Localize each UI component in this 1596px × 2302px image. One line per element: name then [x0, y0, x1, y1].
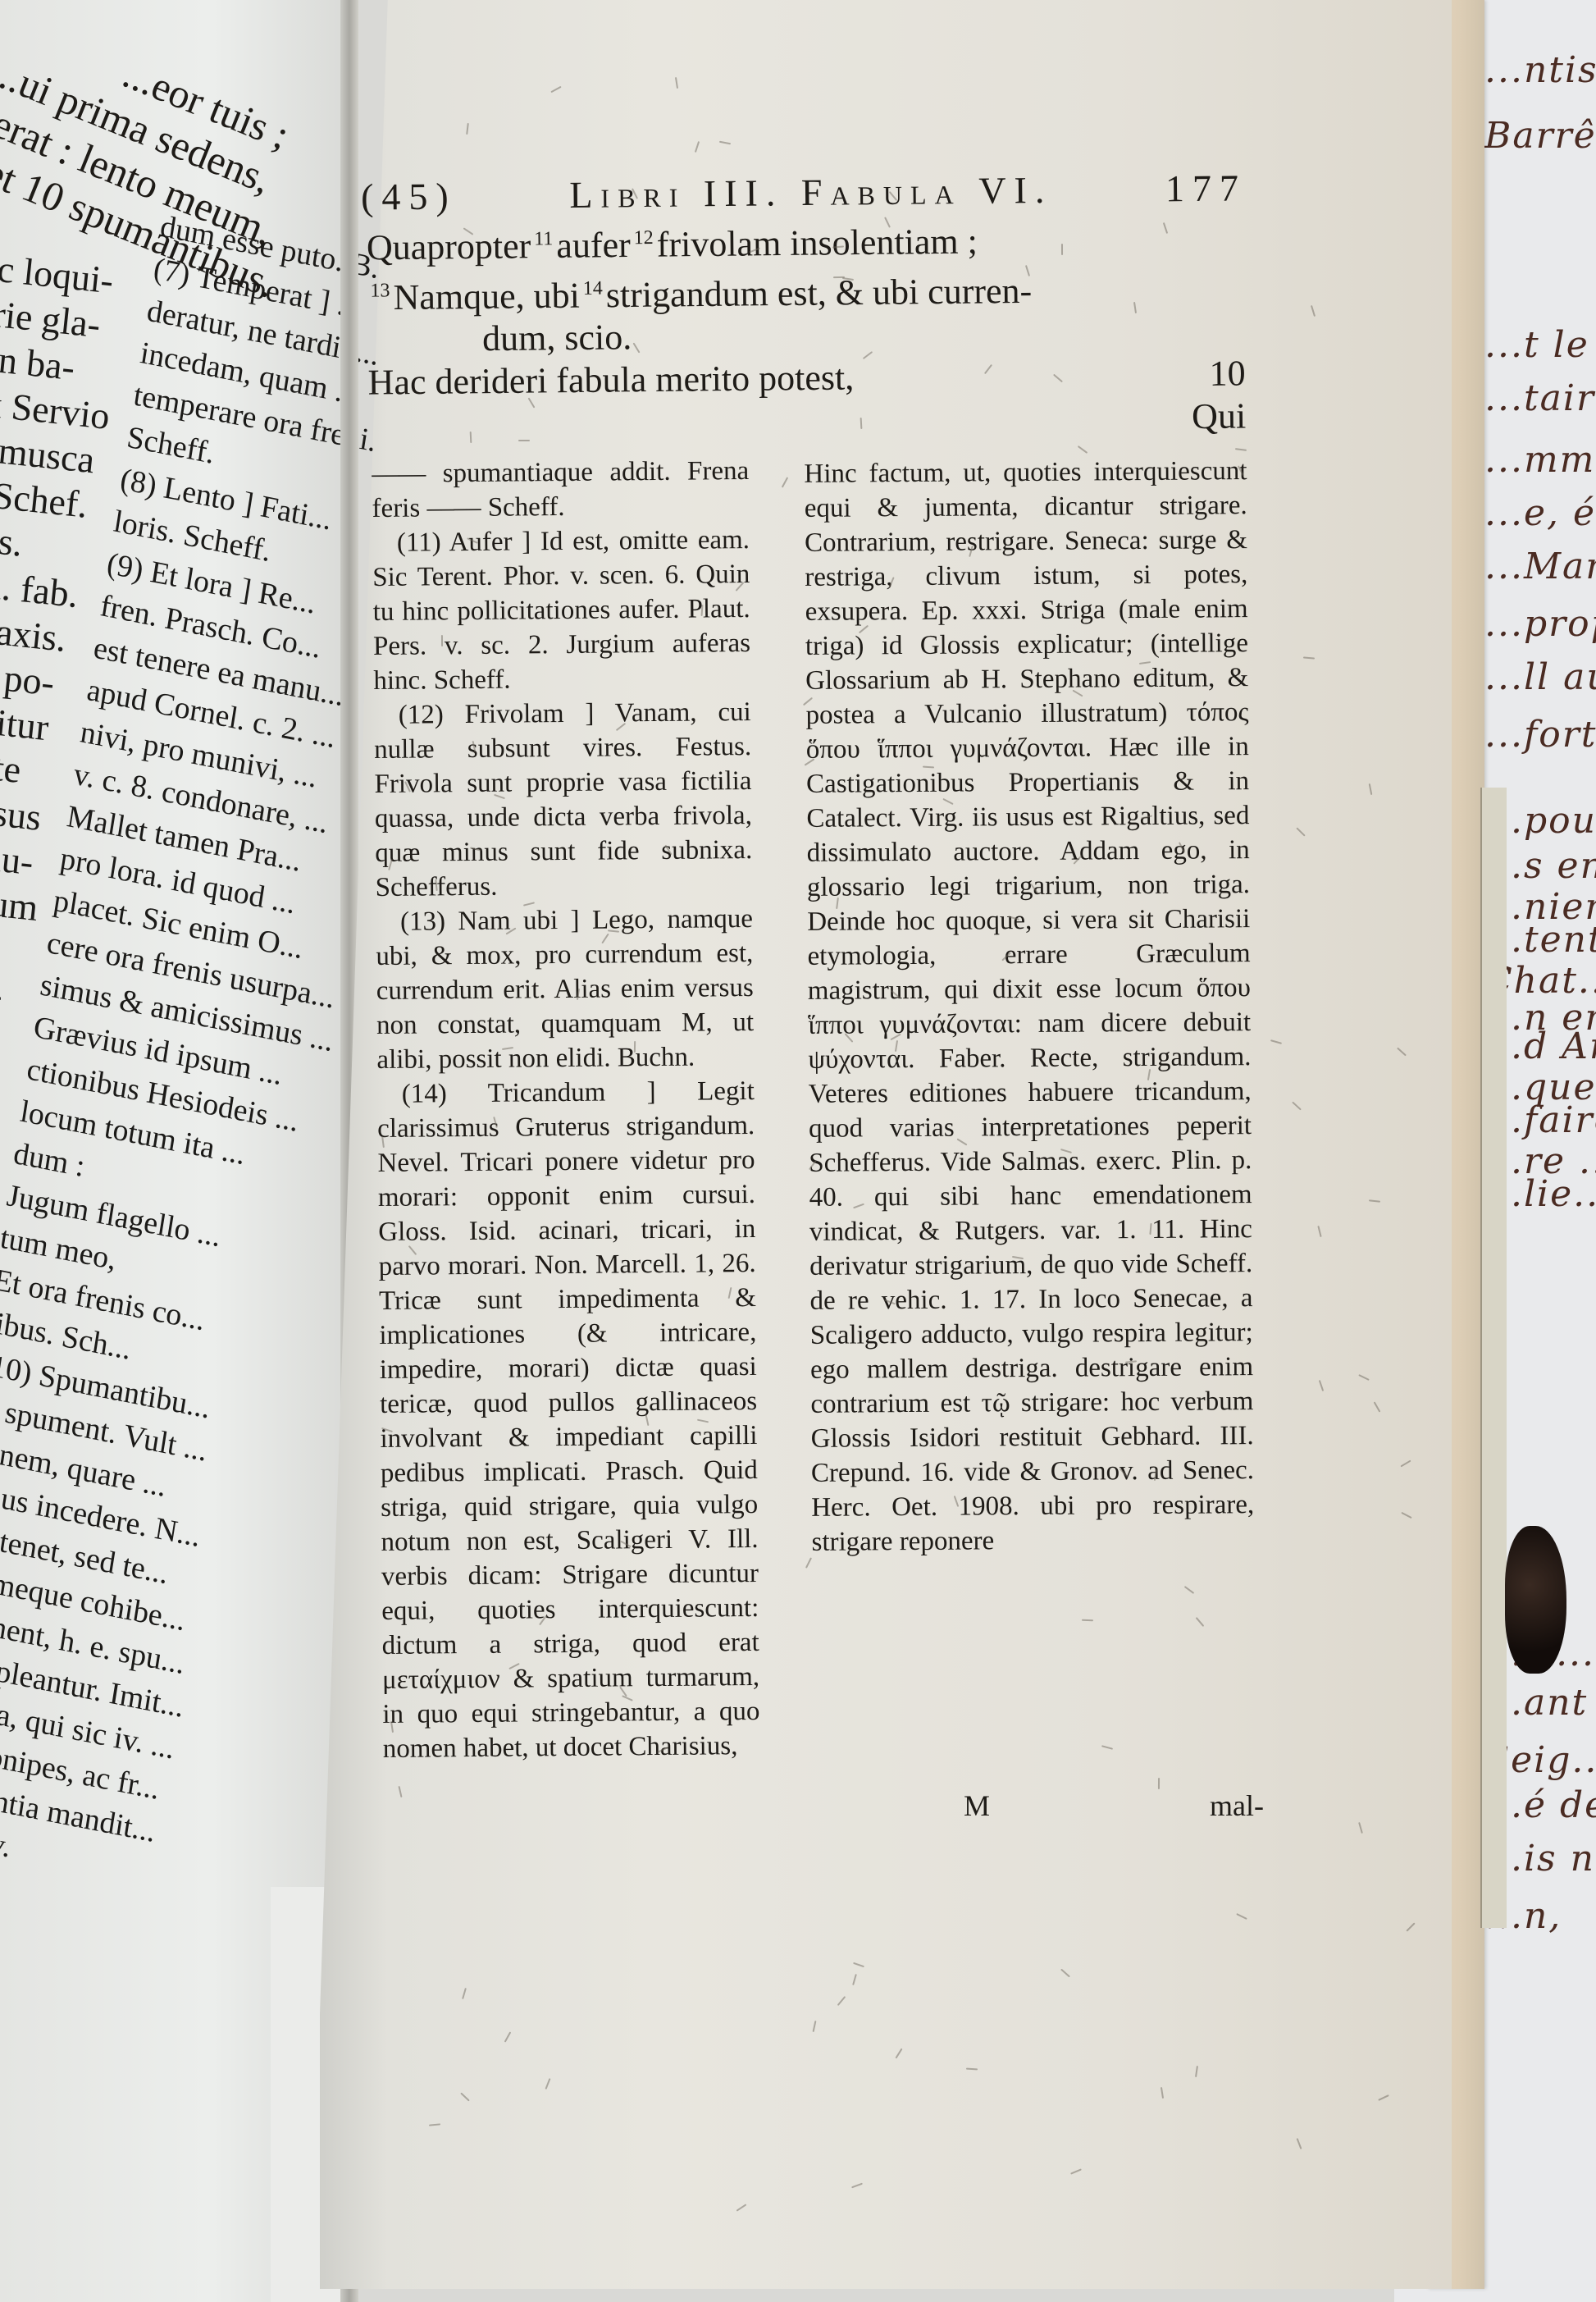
letter-line: ...fort, [1484, 714, 1596, 756]
letter-line: Barrême [1484, 115, 1596, 157]
commentary-note: Hinc factum, ut, quoties interquiescunt … [804, 454, 1254, 1560]
paper-fiber [833, 276, 845, 278]
book-photo-scene: ...ntiste Barrême ...t le O... ...taire … [0, 0, 1596, 2302]
ribbon-bookmark [1505, 1526, 1566, 1674]
catchword: mal- [1210, 1788, 1264, 1823]
letter-line: ...ll aume [1484, 656, 1596, 698]
paper-fiber [1158, 1778, 1160, 1789]
footnote-ref: 12 [634, 227, 654, 249]
letter-line: ...taire rop... [1484, 377, 1596, 419]
letter-line: ...e, écu... [1484, 492, 1596, 534]
commentary-column-right: Hinc factum, ut, quoties interquiescunt … [804, 454, 1254, 1560]
commentary-note: (13) Nam ubi ] Lego, namque ubi, & mox, … [376, 902, 755, 1077]
footnote-ref: 14 [583, 277, 603, 299]
commentary-note: —— spumantiaque addit. Frena feris —— Sc… [372, 454, 750, 526]
verse-catchword: Qui [1192, 395, 1247, 439]
commentary-column-left: —— spumantiaque addit. Frena feris —— Sc… [372, 454, 760, 1766]
running-title: Libri III. Fabula VI. [569, 168, 1053, 217]
commentary-note: (12) Frivolam ] Vanam, cui nullæ subsunt… [374, 695, 753, 905]
page-marker: (45) [361, 174, 457, 218]
commentary-note: (11) Aufer ] Id est, omitte eam. Sic Ter… [372, 523, 751, 698]
footnote-ref: 13 [370, 280, 390, 301]
running-head: (45) Libri III. Fabula VI. 177 [361, 166, 1247, 218]
verse-line: Quapropter11aufer12frivolam insolentiam … [367, 210, 1253, 269]
letter-line: ...mmés, [1484, 439, 1596, 481]
fable-verse: Quapropter11aufer12frivolam insolentiam … [367, 210, 1255, 447]
paper-fiber [440, 635, 442, 646]
endpaper-fold [1480, 788, 1507, 1928]
verse-line: 13Namque, ubi14strigandum est, & ubi cur… [367, 260, 1253, 319]
page-number: 177 [1165, 166, 1247, 210]
paper-fiber [641, 951, 643, 962]
letter-line: ...Mans... [1484, 546, 1596, 587]
letter-line: ...ntiste [1484, 49, 1596, 91]
letter-line: ...propre [1484, 603, 1596, 645]
footnote-ref: 11 [534, 228, 553, 249]
signature-mark: M [964, 1788, 990, 1823]
paper-fiber [518, 440, 530, 441]
line-number: 10 [1209, 353, 1246, 395]
letter-line: ...t le O... [1484, 324, 1596, 366]
